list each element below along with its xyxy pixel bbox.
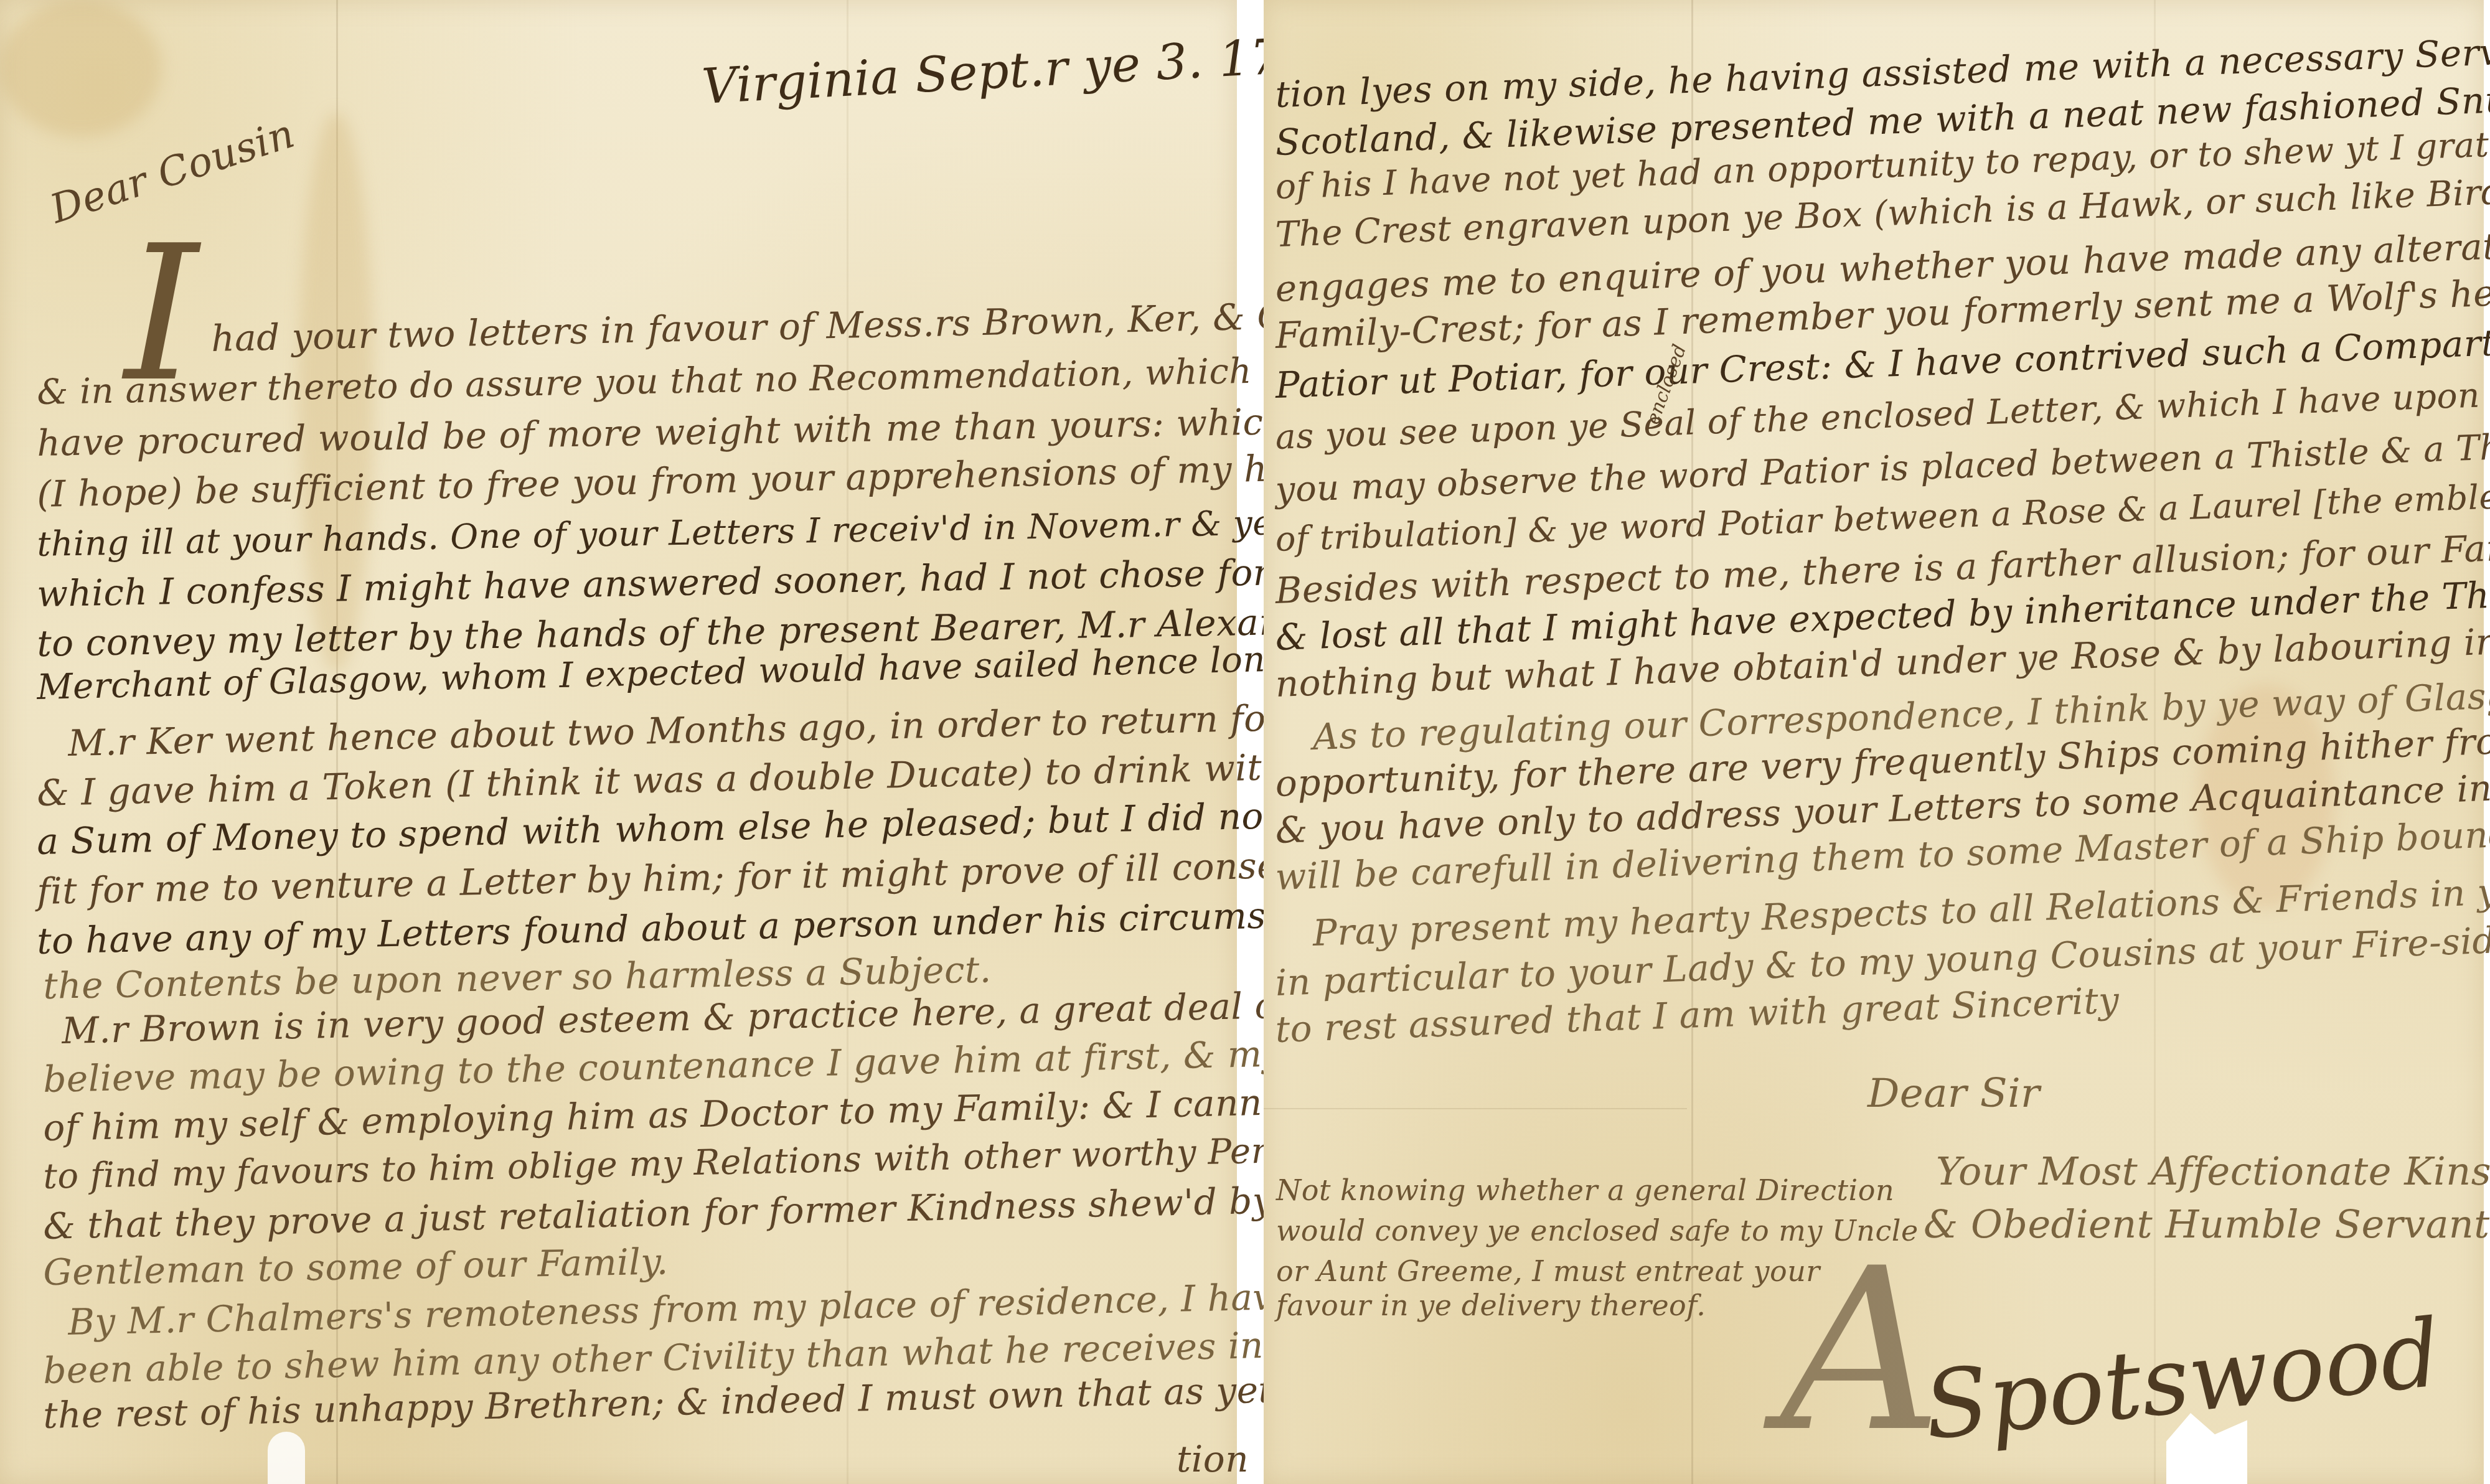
postscript-line: favour in ye delivery thereof. <box>1276 1289 1706 1322</box>
catchword: tion <box>1177 1438 1249 1480</box>
paper-tear <box>268 1432 305 1484</box>
closing-line: & Obedient Humble Servant <box>1924 1201 2490 1247</box>
fold-crease <box>1264 1108 1687 1109</box>
body-line: Gentleman to some of our Family. <box>43 1240 669 1294</box>
letter-page-right: tion lyes on my side, he having assisted… <box>1264 0 2484 1484</box>
body-line: had your two letters in favour of Mess.r… <box>211 291 1448 360</box>
closing-salutation: Dear Sir <box>1868 1071 2040 1117</box>
closing-line: Your Most Affectionate Kinsman <box>1936 1148 2490 1194</box>
letter-page-left: Virginia Sept.r ye 3. 1718 Dear Cousin I… <box>0 0 1237 1484</box>
postscript-line: Not knowing whether a general Direction <box>1276 1173 1894 1207</box>
signature-flourish: A <box>1780 1220 1942 1481</box>
water-stain <box>0 0 162 137</box>
postscript-line: or Aunt Greeme, I must entreat your <box>1276 1254 1820 1288</box>
date-line: Virginia Sept.r ye 3. 1718 <box>700 26 1345 115</box>
